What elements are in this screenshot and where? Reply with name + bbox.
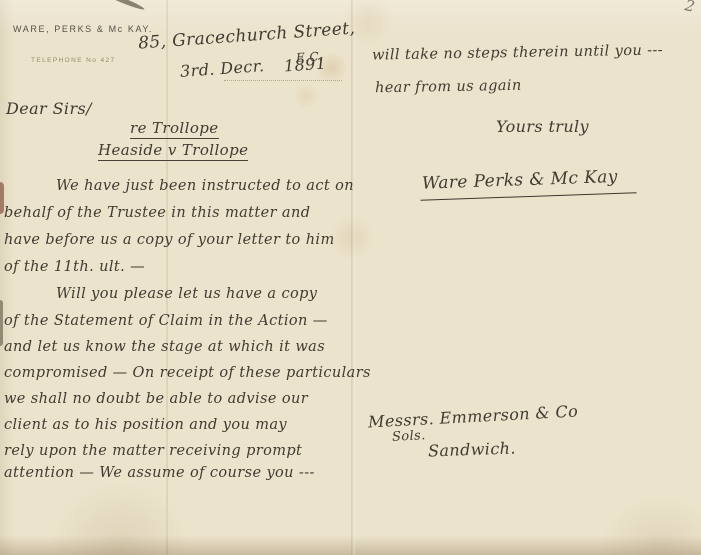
- salutation: Dear Sirs/: [6, 99, 92, 118]
- addressee-town: Sandwich.: [428, 438, 516, 460]
- pencil-page-number: 2: [683, 0, 696, 16]
- body-line: compromised — On receipt of these partic…: [4, 365, 356, 381]
- body-line: and let us know the stage at which it wa…: [4, 339, 356, 355]
- addressee-title: Sols.: [392, 428, 426, 445]
- body-line: of the 11th. ult. —: [4, 259, 356, 275]
- body-line: of the Statement of Claim in the Action …: [4, 313, 356, 329]
- body-line: have before us a copy of your letter to …: [4, 232, 356, 248]
- subject-case-name: Heaside v Trollope: [98, 141, 248, 161]
- letterhead-telephone: TELEPHONE No 427: [31, 57, 116, 64]
- letter-date-day: 3rd. Decr.: [179, 56, 265, 81]
- sender-address: 85, Gracechurch Street,: [138, 18, 356, 53]
- signature: Ware Perks & Mc Kay: [420, 166, 637, 201]
- body-line: we shall no doubt be able to advise our: [4, 391, 356, 407]
- top-crease-mark: [101, 0, 146, 11]
- body-line: We have just been instructed to act on: [4, 178, 408, 194]
- body-line: Will you please let us have a copy: [4, 286, 408, 302]
- letterhead-firm-name: WARE, PERKS & Mc KAY.: [13, 24, 153, 34]
- body-line: will take no steps therein until you ---: [372, 42, 663, 63]
- left-edge-shadow: [0, 300, 3, 346]
- body-line: attention — We assume of course you ---: [4, 465, 356, 481]
- body-line: hear from us again: [375, 78, 522, 97]
- body-line: behalf of the Trustee in this matter and: [4, 205, 356, 221]
- date-dotted-rule: [224, 80, 342, 81]
- body-line: client as to his position and you may: [4, 417, 356, 433]
- letter-sheet: 2 WARE, PERKS & Mc KAY. TELEPHONE No 427…: [0, 0, 701, 555]
- subject-case-reference: re Trollope: [130, 119, 219, 139]
- addressee-name: Messrs. Emmerson & Co: [368, 402, 579, 432]
- body-line: rely upon the matter receiving prompt: [4, 443, 356, 459]
- letter-date-year: 1891: [283, 54, 327, 76]
- closing-valediction: Yours truly: [496, 117, 589, 136]
